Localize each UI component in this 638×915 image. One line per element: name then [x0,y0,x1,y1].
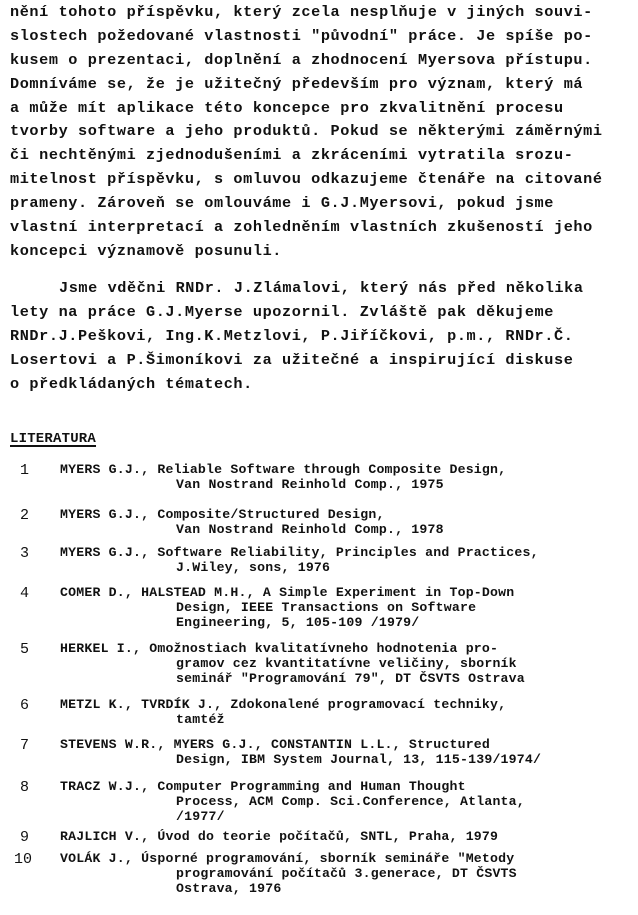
text-line: lety na práce G.J.Myerse upozornil. Zvlá… [10,303,554,321]
reference-number: 4 [20,585,50,603]
reference-text: HERKEL I., Omožnostiach kvalitatívneho h… [60,641,525,686]
reference-number: 3 [20,545,50,563]
text-line: Losertovi a P.Šimoníkovi za užitečné a i… [10,351,573,369]
bibliography-heading: LITERATURA [10,431,96,447]
text-line: slostech požedované vlastnosti "původní"… [10,27,593,45]
reference-text: VOLÁK J., Úsporné programování, sborník … [60,851,517,896]
text-line: Domníváme se, že je užitečný především p… [10,75,583,93]
reference-text: TRACZ W.J., Computer Programming and Hum… [60,779,525,824]
text-line: mitelnost příspěvku, s omluvou odkazujem… [10,170,603,188]
reference-number: 5 [20,641,50,659]
reference-number: 1 [20,462,50,480]
reference-text: STEVENS W.R., MYERS G.J., CONSTANTIN L.L… [60,737,541,767]
reference-number: 10 [14,851,44,869]
text-line: tvorby software a jeho produktů. Pokud s… [10,122,603,140]
text-line: kusem o prezentaci, doplnění a zhodnocen… [10,51,593,69]
text-line: či nechtěnými zjednodušeními a zkrácením… [10,146,573,164]
reference-number: 7 [20,737,50,755]
reference-number: 6 [20,697,50,715]
reference-text: MYERS G.J., Reliable Software through Co… [60,462,506,492]
reference-text: COMER D., HALSTEAD M.H., A Simple Experi… [60,585,514,630]
text-line: o předkládaných tématech. [10,375,253,393]
text-line: prameny. Zároveň se omlouváme i G.J.Myer… [10,194,554,212]
reference-text: MYERS G.J., Composite/Structured Design,… [60,507,444,537]
reference-number: 2 [20,507,50,525]
reference-text: RAJLICH V., Úvod do teorie počítačů, SNT… [60,829,498,844]
document-page: nění tohoto příspěvku, který zcela nespl… [0,0,638,915]
reference-text: METZL K., TVRDÍK J., Zdokonalené program… [60,697,506,727]
reference-number: 8 [20,779,50,797]
reference-number: 9 [20,829,50,847]
text-line: Jsme vděčni RNDr. J.Zlámalovi, který nás… [59,279,584,297]
reference-text: MYERS G.J., Software Reliability, Princi… [60,545,539,575]
text-line: nění tohoto příspěvku, který zcela nespl… [10,3,593,21]
text-line: a může mít aplikace této koncepce pro zk… [10,99,564,117]
text-line: RNDr.J.Peškovi, Ing.K.Metzlovi, P.Jiříčk… [10,327,573,345]
text-line: koncepci významově posunuli. [10,242,282,260]
text-line: vlastní interpretací a zohledněním vlast… [10,218,593,236]
